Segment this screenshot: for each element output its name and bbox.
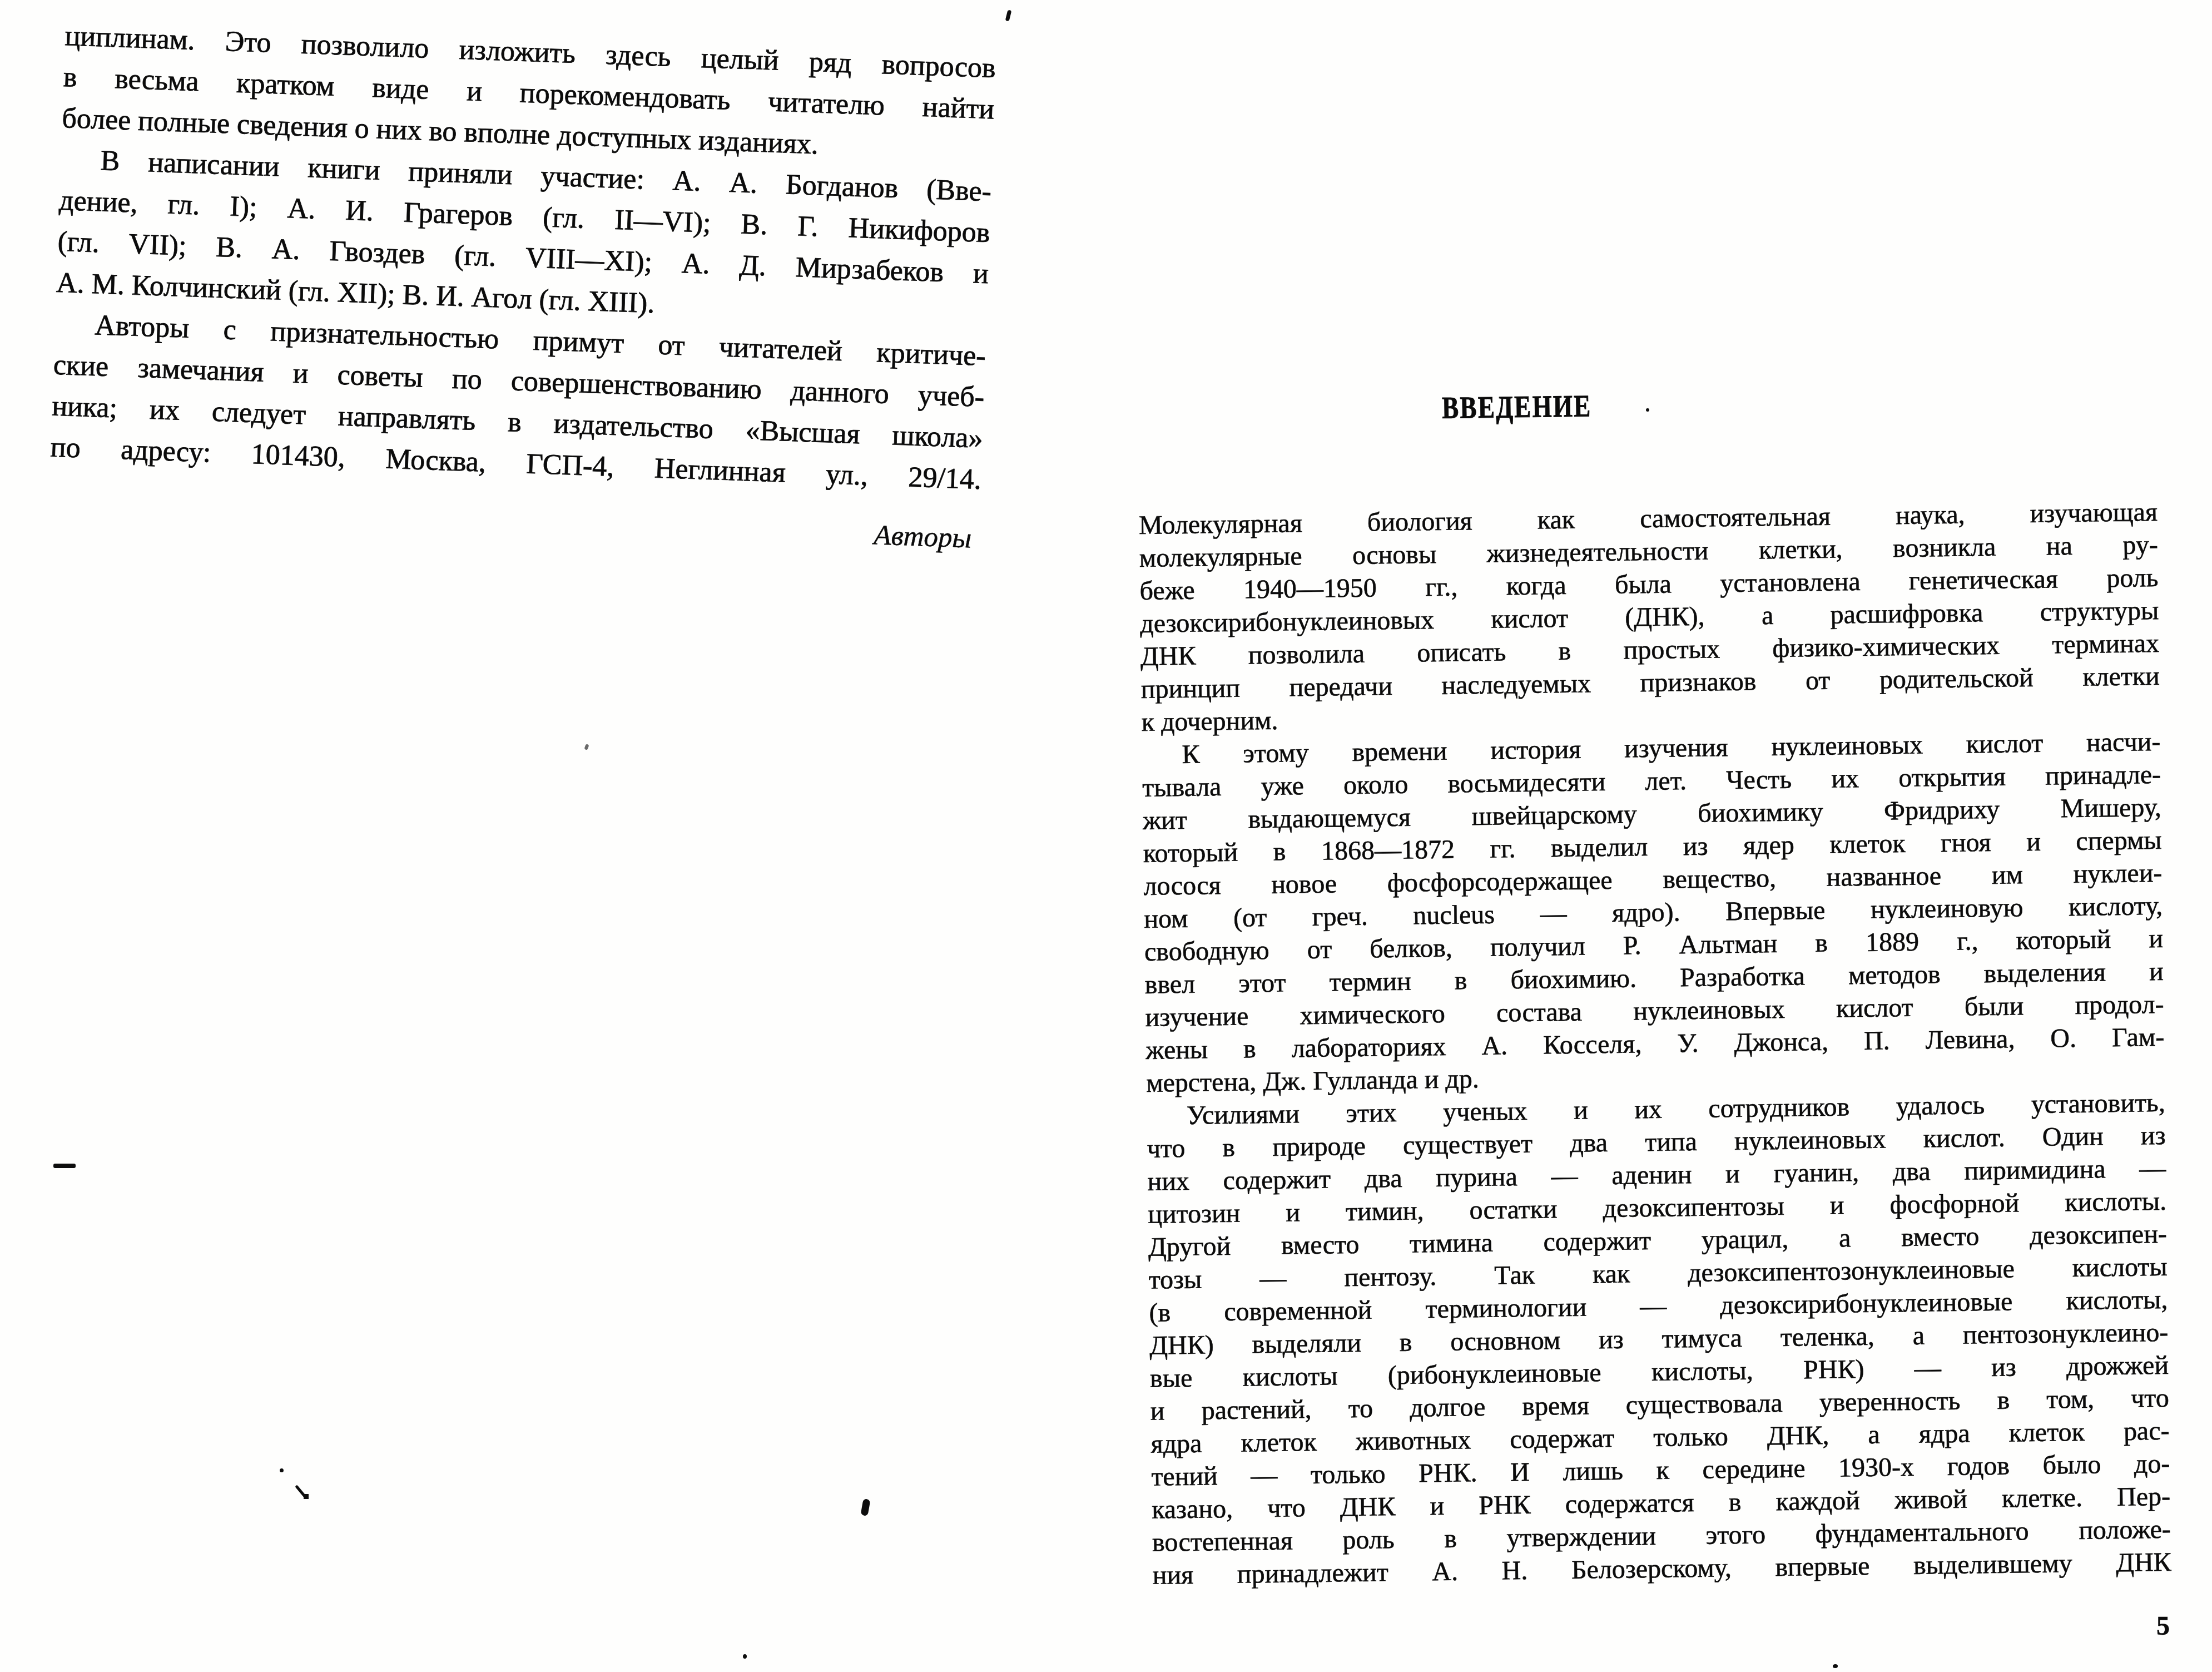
right-page: ВВЕДЕНИЕ Молекулярная биология как самос… [1137, 383, 2171, 1592]
scan-speck [1833, 1664, 1838, 1668]
book-spread-scan: циплинам. Это позволило изложить здесь ц… [0, 0, 2212, 1672]
scan-speck [53, 1164, 76, 1168]
intro-paragraph-history: К этому времени история изучения нуклеин… [1142, 725, 2165, 1100]
chapter-heading: ВВЕДЕНИЕ [1442, 384, 2013, 424]
scan-speck [860, 1498, 870, 1516]
scan-speck [584, 744, 589, 750]
intro-paragraph-molecular-biology: Молекулярная биология как самостоятельна… [1139, 496, 2160, 739]
scan-speck [280, 1468, 284, 1472]
preface-paragraph-publisher-address: Авторы с признательностью примут от чита… [50, 304, 986, 501]
intro-paragraph-two-acid-types: Усилиями этих ученых и их сотрудников уд… [1147, 1086, 2171, 1592]
scan-speck [304, 1494, 309, 1499]
preface-paragraph-contributors: В написании книги приняли участие: А. А.… [56, 139, 992, 336]
authors-signature: Авторы [48, 486, 980, 559]
scan-speck [743, 1654, 747, 1659]
scan-speck [1005, 9, 1012, 21]
page-number: 5 [2156, 1611, 2170, 1641]
scan-speck [1646, 408, 1649, 412]
left-page: циплинам. Это позволило изложить здесь ц… [48, 16, 996, 560]
